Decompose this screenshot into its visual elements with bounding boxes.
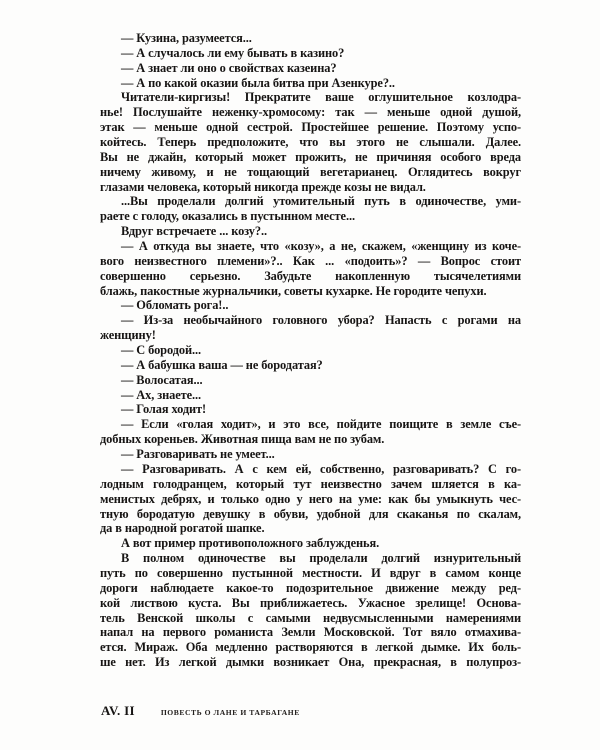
text-line: — Из-за необычайного головного убора? На… [100,313,521,328]
text-line: койтесь. Теперь предположите, что вы это… [100,135,521,150]
text-line: кой листвою куста. Вы приближаетесь. Ужа… [100,596,521,611]
text-line: тель Венской школы с самыми недвусмыслен… [100,611,521,626]
footer-volume-label: AV. II [101,703,135,719]
text-line: ничему живому, и не тощающий вегетариане… [100,165,521,180]
text-line: путь по совершенно пустынной местности. … [100,566,521,581]
text-line: — А откуда вы знаете, что «козу», а не, … [100,239,521,254]
text-line: — Разговаривать не умеет... [100,447,521,462]
text-line: нье! Послушайте неженку-хромосому: так —… [100,105,521,120]
text-line: дороги наблюдаете какое-то подозрительно… [100,581,521,596]
text-line: совершенно серьезно. Забудьте накопленну… [100,269,521,284]
text-line: раете с голоду, оказались в пустынном ме… [100,209,521,224]
text-line: ...Вы проделали долгий утомительный путь… [100,194,521,209]
text-line: — А бабушка ваша — не бородатая? [100,358,521,373]
text-line: — А знает ли оно о свойствах казеина? [100,61,521,76]
text-line: — Голая ходит! [100,402,521,417]
book-page: — Кузина, разумеется...— А случалось ли … [0,0,600,750]
text-line: добных кореньев. Животная пища вам не по… [100,432,521,447]
text-line: Читатели-киргизы! Прекратите ваше оглуши… [100,90,521,105]
text-line: — Волосатая... [100,373,521,388]
text-line: — Разговаривать. А с кем ей, собственно,… [100,462,521,477]
text-line: А вот пример противоположного заблуждень… [100,536,521,551]
text-line: ется. Мираж. Оба медленно растворяются в… [100,640,521,655]
text-line: — Кузина, разумеется... [100,31,521,46]
text-line: — А случалось ли ему бывать в казино? [100,46,521,61]
page-footer: AV. II ПОВЕСТЬ О ЛАНЕ И ТАРБАГАНЕ [101,703,522,719]
text-line: женщину! [100,328,521,343]
text-line: напал на первого романиста Земли Московс… [100,625,521,640]
text-block: — Кузина, разумеется...— А случалось ли … [100,31,521,670]
text-line: — Если «голая ходит», и это все, пойдите… [100,417,521,432]
text-line: да в народной рогатой шапке. [100,521,521,536]
text-line: блажь, пакостные журнальчики, советы кух… [100,284,521,299]
text-line: — А по какой оказии была битва при Азенк… [100,76,521,91]
text-line: — С бородой... [100,343,521,358]
text-line: лодным голодранцем, который тут неизвест… [100,477,521,492]
text-line: менистых дебрях, и только одно у него на… [100,492,521,507]
text-line: Вы не джайн, который может прожить, не п… [100,150,521,165]
text-line: глазами человека, который никогда прежде… [100,180,521,195]
text-line: — Ах, знаете... [100,388,521,403]
text-line: этак — меньше одной сестрой. Простейшее … [100,120,521,135]
text-line: тную бородатую девушку в обуви, удобной … [100,507,521,522]
text-line: — Обломать рога!.. [100,298,521,313]
text-line: Вдруг встречаете ... козу?.. [100,224,521,239]
text-line: вого неизвестного племени»?.. Как ... «п… [100,254,521,269]
footer-book-title: ПОВЕСТЬ О ЛАНЕ И ТАРБАГАНЕ [161,708,300,717]
text-line: ше нет. Из легкой дымки возникает Она, п… [100,655,521,670]
text-line: В полном одиночестве вы проделали долгий… [100,551,521,566]
